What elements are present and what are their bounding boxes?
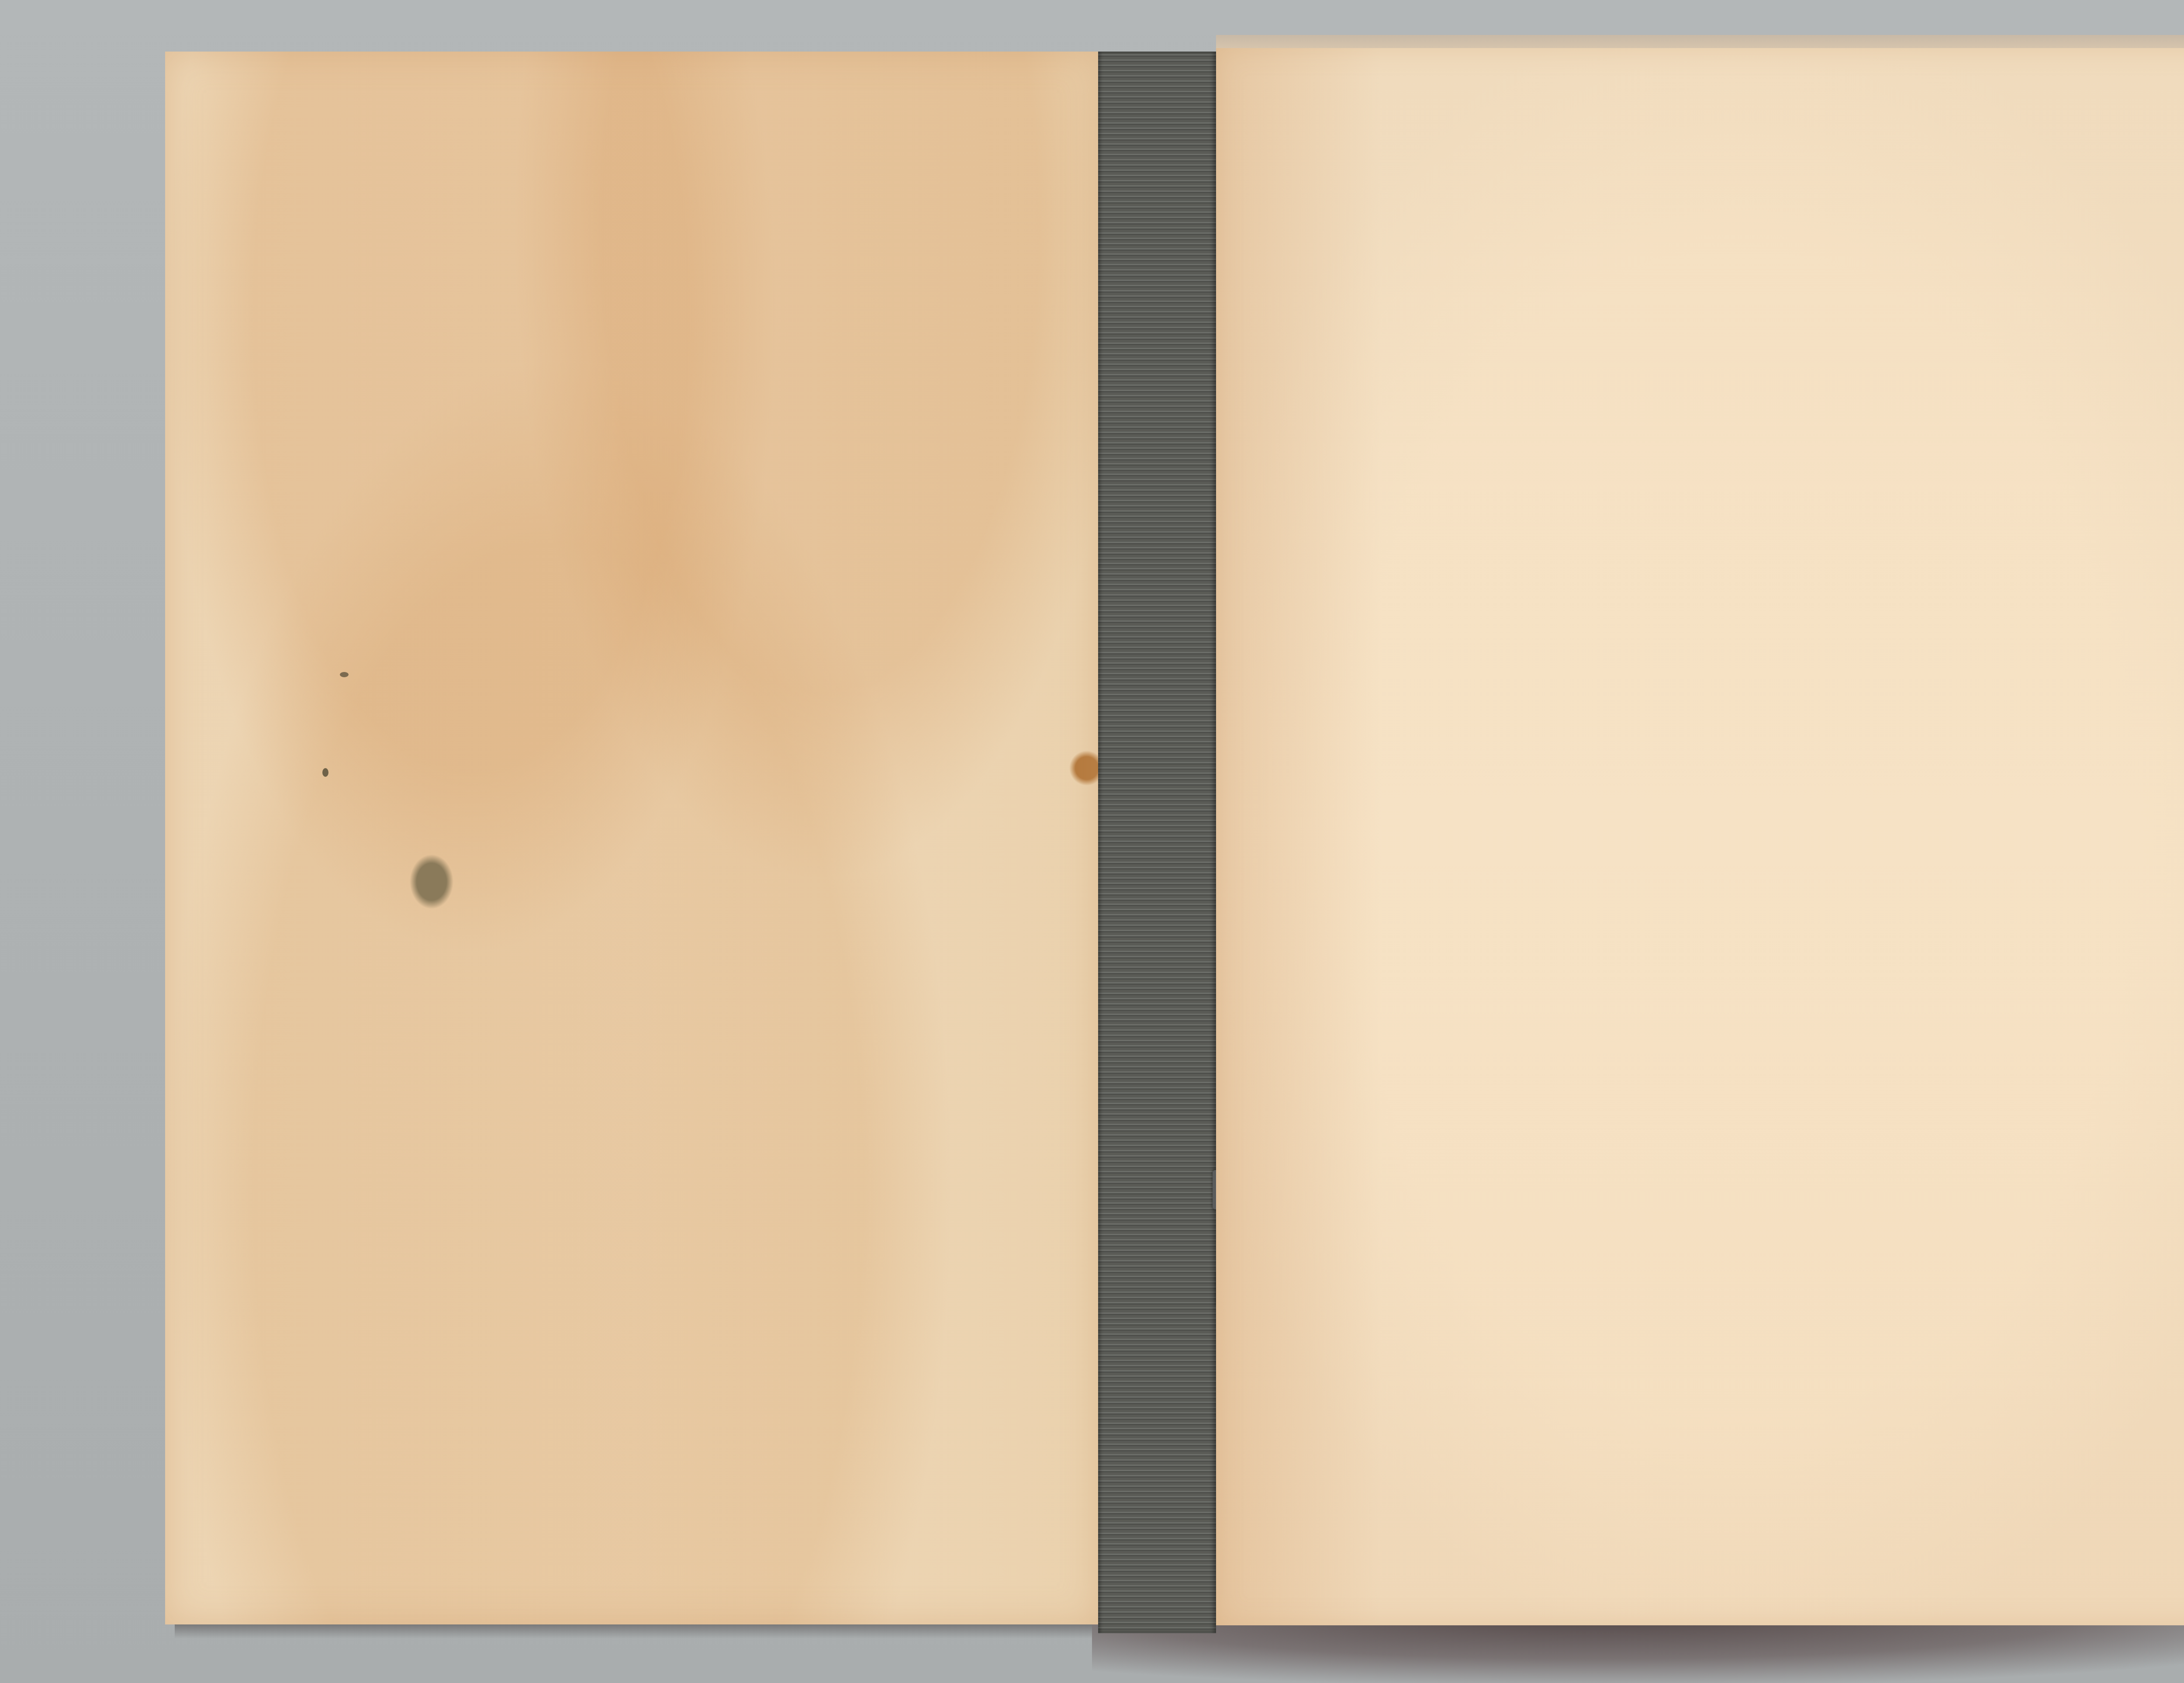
right-page xyxy=(1216,48,2184,1625)
foxing-stain xyxy=(340,672,349,677)
book-spine xyxy=(1098,52,1216,1633)
foxing-stain xyxy=(322,768,328,777)
book-shadow xyxy=(1092,1617,2184,1683)
left-page xyxy=(165,52,1098,1624)
